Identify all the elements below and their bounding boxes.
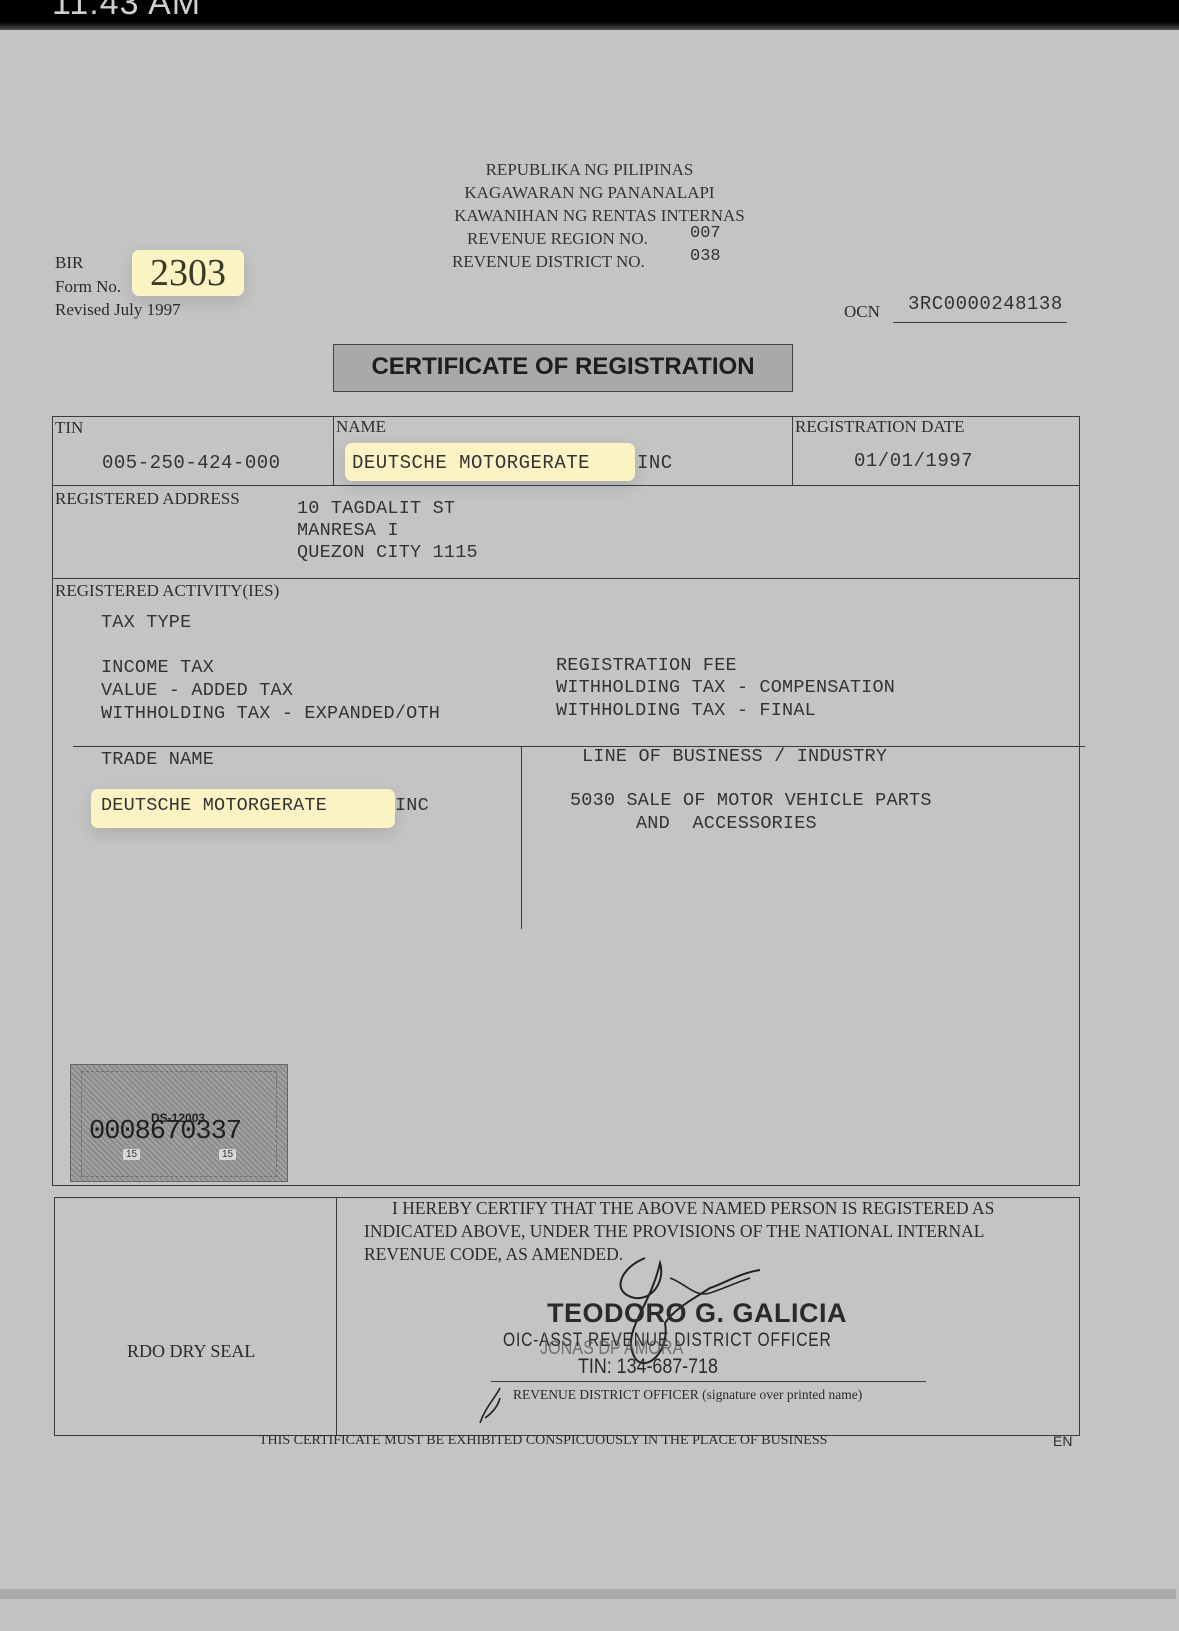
horizontal-scrollbar[interactable]: [0, 1589, 1176, 1599]
tax-type-right-2: WITHHOLDING TAX - COMPENSATION: [556, 677, 895, 700]
footer-notice: THIS CERTIFICATE MUST BE EXHIBITED CONSP…: [259, 1433, 827, 1449]
line-of-business-2: AND ACCESSORIES: [636, 813, 817, 836]
header-line-2: KAGAWARAN NG PANANALAPI: [0, 183, 1179, 203]
revised-date: Revised July 1997: [55, 300, 181, 320]
form-no-label: Form No.: [55, 277, 121, 297]
certificate-title: CERTIFICATE OF REGISTRATION: [333, 344, 793, 392]
row-divider: [52, 578, 1080, 579]
row-divider: [73, 746, 1085, 747]
header-line-1: REPUBLIKA NG PILIPINAS: [0, 160, 1179, 180]
revenue-region-label: REVENUE REGION NO.: [467, 229, 648, 249]
address-line-3: QUEZON CITY 1115: [297, 542, 478, 565]
dry-seal-label: RDO DRY SEAL: [127, 1341, 255, 1362]
signature-caption: REVENUE DISTRICT OFFICER (signature over…: [513, 1387, 862, 1403]
documentary-stamp: DS-12003 0008670337 15 15: [70, 1064, 288, 1182]
registered-name: DEUTSCHE MOTORGERATE: [352, 452, 590, 474]
officer-tin: TIN: 134-687-718: [578, 1355, 718, 1379]
stamp-denomination: 15: [123, 1149, 140, 1160]
certification-line-1: I HEREBY CERTIFY THAT THE ABOVE NAMED PE…: [392, 1197, 994, 1220]
activities-label: REGISTERED ACTIVITY(IES): [55, 581, 279, 601]
ocn-underline: [893, 322, 1067, 323]
stamp-denomination: 15: [219, 1149, 236, 1160]
line-of-business-1: 5030 SALE OF MOTOR VEHICLE PARTS: [570, 790, 932, 813]
revenue-region-no: 007: [690, 224, 721, 243]
status-time: 11:43 AM: [52, 0, 201, 23]
trade-name-label: TRADE NAME: [101, 749, 214, 772]
revenue-district-label: REVENUE DISTRICT NO.: [452, 252, 645, 272]
form-number: 2303: [132, 250, 244, 296]
tin-label: TIN: [55, 418, 83, 438]
stamp-serial: 0008670337: [89, 1117, 241, 1147]
address-label: REGISTERED ADDRESS: [55, 489, 240, 509]
line-of-business-label: LINE OF BUSINESS / INDUSTRY: [582, 746, 887, 769]
ocn-label: OCN: [844, 302, 880, 322]
status-bar: 11:43 AM: [0, 0, 1179, 30]
trade-name: DEUTSCHE MOTORGERATE: [101, 795, 327, 818]
col-divider: [792, 416, 793, 485]
tax-type-right-1: REGISTRATION FEE: [556, 655, 737, 678]
row-divider: [52, 485, 1080, 486]
header-line-3: KAWANIHAN NG RENTAS INTERNAS: [10, 206, 1179, 226]
tax-type-left-2: VALUE - ADDED TAX: [101, 680, 293, 703]
col-divider: [336, 1197, 337, 1436]
signature-line: [491, 1381, 926, 1382]
ocn-value: 3RC0000248138: [908, 293, 1063, 315]
name-label: NAME: [336, 417, 386, 437]
tax-type-left-3: WITHHOLDING TAX - EXPANDED/OTH: [101, 703, 440, 726]
trade-name-suffix: INC: [395, 795, 429, 818]
tax-type-label: TAX TYPE: [101, 612, 191, 635]
address-line-1: 10 TAGDALIT ST: [297, 498, 455, 521]
bir-label: BIR: [55, 253, 83, 273]
col-divider: [521, 746, 522, 929]
registered-name-suffix: INC: [637, 452, 673, 474]
revenue-district-no: 038: [690, 247, 721, 266]
officer-name: TEODORO G. GALICIA: [547, 1298, 847, 1329]
tax-type-right-3: WITHHOLDING TAX - FINAL: [556, 700, 816, 723]
footer-code: EN: [1053, 1433, 1072, 1449]
tax-type-left-1: INCOME TAX: [101, 657, 214, 680]
registration-date-label: REGISTRATION DATE: [795, 417, 965, 437]
col-divider: [333, 416, 334, 485]
registration-date-value: 01/01/1997: [854, 450, 973, 472]
address-line-2: MANRESA I: [297, 520, 399, 543]
tin-value: 005-250-424-000: [102, 452, 281, 474]
